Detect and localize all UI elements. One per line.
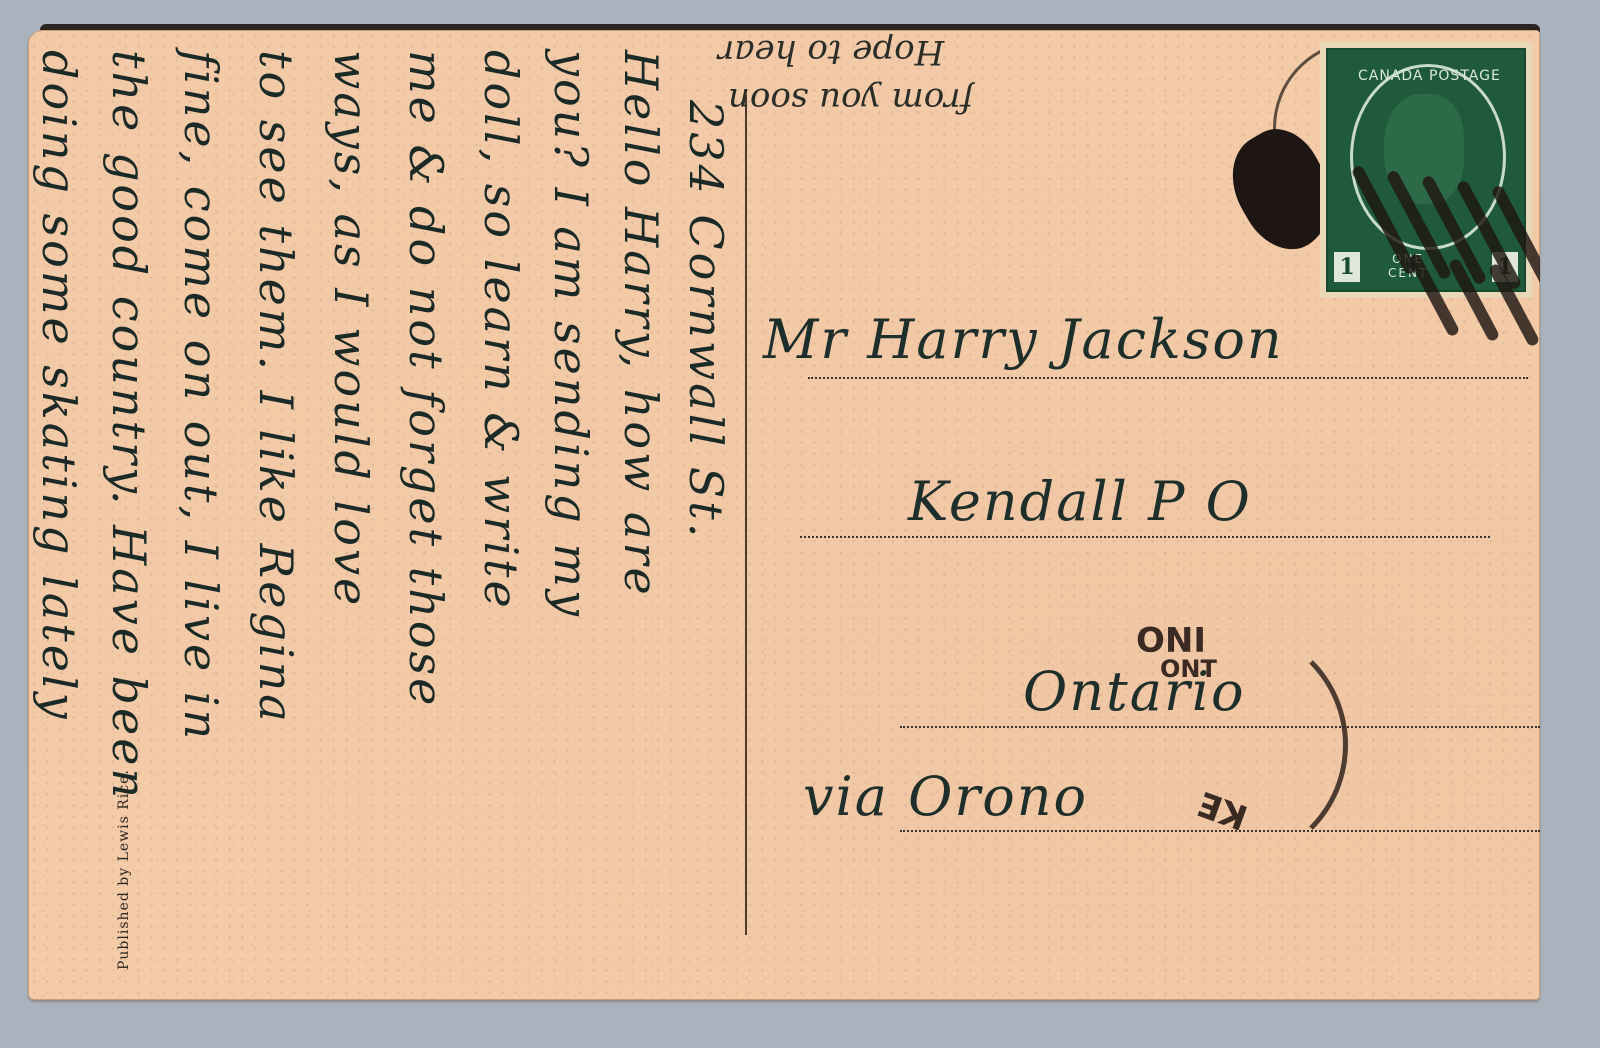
postmark-province: ONT (1160, 655, 1217, 683)
message-line: Hello Harry, how are (614, 50, 668, 598)
postmark-town-letters: INO (1136, 618, 1206, 658)
address-rule-1 (808, 377, 1528, 379)
message-line: doing some skating lately (32, 50, 86, 722)
upside-down-note-line: Hope to hear (718, 32, 944, 72)
publisher-imprint: Published by Lewis Rice. (116, 769, 132, 970)
address-line-via: via Orono (803, 765, 1088, 828)
address-rule-2 (800, 536, 1490, 538)
stamp-denomination-left: 1 (1334, 252, 1360, 282)
postcard-back: 234 Cornwall St. Hello Harry, how are yo… (28, 30, 1540, 1000)
message-line: to see them. I like Regina (249, 50, 303, 725)
message-line: me & do not forget those (399, 50, 453, 708)
message-line: the good country. Have been (102, 50, 156, 801)
center-divider-line (745, 95, 747, 935)
message-line: 234 Cornwall St. (679, 100, 733, 540)
stamp-country-text: CANADA POSTAGE (1358, 68, 1501, 84)
address-line-name: Mr Harry Jackson (763, 308, 1284, 371)
address-line-town: Kendall P O (908, 470, 1252, 533)
message-line: you? I am sending my (544, 50, 598, 619)
cancellation-bars (1358, 120, 1540, 370)
upside-down-note-line: from you soon (728, 80, 973, 120)
message-line: fine, come on out, I live in (174, 50, 228, 742)
message-line: doll, so learn & write (474, 50, 528, 611)
message-line: ways, as I would love (324, 50, 378, 608)
